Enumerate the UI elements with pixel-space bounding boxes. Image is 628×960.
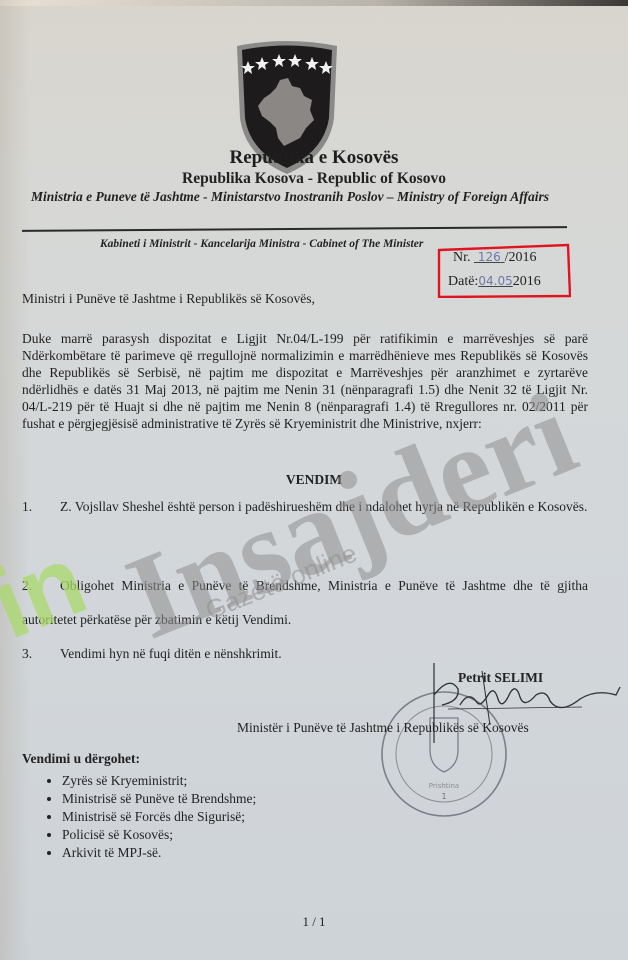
distribution-title: Vendimi u dërgohet: bbox=[22, 751, 140, 767]
country-title: Republika e Kosovës bbox=[0, 147, 628, 169]
distribution-list: Zyrës së Kryeministrit; Ministrisë së Pu… bbox=[42, 772, 256, 862]
page-number: 1 / 1 bbox=[0, 914, 628, 930]
photo-edge-shadow bbox=[0, 0, 628, 6]
cabinet-line: Kabineti i Ministrit - Kancelarija Minis… bbox=[100, 238, 423, 250]
ministry-name: Ministria e Puneve të Jashtme - Ministar… bbox=[30, 188, 550, 206]
decision-item: 2.Obligohet Ministria e Punëve të Brends… bbox=[22, 569, 588, 637]
svg-text:1: 1 bbox=[441, 792, 446, 801]
decision-title: VENDIM bbox=[0, 472, 628, 488]
addressee: Ministri i Punëve të Jashtme i Republikë… bbox=[22, 290, 588, 307]
country-subtitle: Republika Kosova - Republic of Kosovo bbox=[0, 170, 628, 188]
list-item: Policisë së Kosovës; bbox=[62, 826, 256, 844]
list-item: Ministrisë së Punëve të Brendshme; bbox=[62, 790, 256, 808]
list-item: Ministrisë së Forcës dhe Sigurisë; bbox=[62, 808, 256, 826]
list-item: Arkivit të MPJ-së. bbox=[62, 844, 256, 862]
list-item: Zyrës së Kryeministrit; bbox=[62, 772, 256, 790]
header-divider bbox=[22, 226, 567, 232]
decision-item: 1.Z. Vojsllav Sheshel është person i pad… bbox=[22, 490, 588, 524]
signatory-title: Ministër i Punëve të Jashtme i Republikë… bbox=[237, 720, 529, 736]
preamble: Duke marrë parasysh dispozitat e Ligjit … bbox=[22, 330, 588, 432]
svg-text:Prishtina: Prishtina bbox=[429, 782, 459, 790]
